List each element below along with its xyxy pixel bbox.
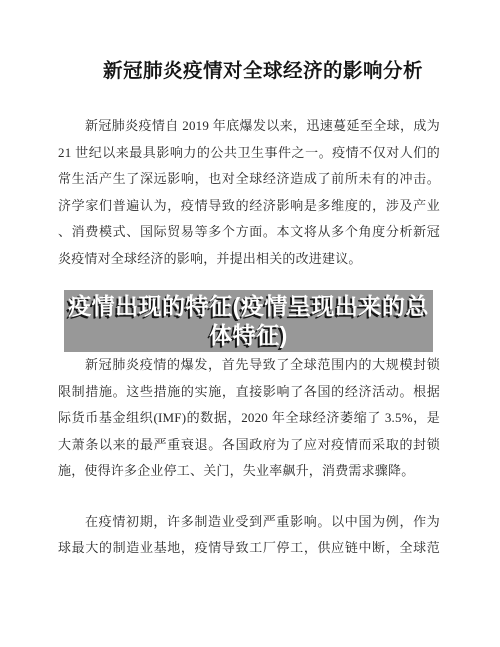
document-title: 新冠肺炎疫情对全球经济的影响分析 (0, 0, 500, 85)
section-heading-overlay: 疫情出现的特征(疫情呈现出来的总体特征) (64, 290, 433, 352)
body-paragraph: 在疫情初期，许多制造业受到严重影响。以中国为例，作为全球最大的制造业基地，疫情导… (58, 509, 440, 562)
text-line: 常生活产生了深远影响，也对全球经济造成了前所未有的冲击。经 (58, 166, 440, 193)
body-paragraph: 新冠肺炎疫情的爆发，首先导致了全球范围内的大规模封锁和限制措施。这些措施的实施，… (58, 352, 440, 485)
text-line: 21 世纪以来最具影响力的公共卫生事件之一。疫情不仅对人们的日 (58, 140, 440, 167)
text-line: 济学家们普遍认为，疫情导致的经济影响是多维度的，涉及产业链 (58, 193, 440, 220)
text-line: 、消费模式、国际贸易等多个方面。本文将从多个角度分析新冠肺 (58, 219, 440, 246)
section-heading-line: 体特征) (64, 321, 433, 350)
text-line: 球最大的制造业基地，疫情导致工厂停工，供应链中断，全球范围 (58, 535, 440, 562)
text-line: 大萧条以来的最严重衰退。各国政府为了应对疫情而采取的封锁措 (58, 432, 440, 459)
text-line: 施，使得许多企业停工、关门，失业率飙升，消费需求骤降。 (58, 458, 440, 485)
section-heading-line: 疫情出现的特征(疫情呈现出来的总 (64, 292, 433, 321)
text-line: 在疫情初期，许多制造业受到严重影响。以中国为例，作为全 (58, 509, 440, 536)
body-paragraph: 新冠肺炎疫情自 2019 年底爆发以来，迅速蔓延至全球，成为21 世纪以来最具影… (58, 113, 440, 272)
text-line: 新冠肺炎疫情自 2019 年底爆发以来，迅速蔓延至全球，成为 (58, 113, 440, 140)
text-line: 际货币基金组织(IMF)的数据，2020 年全球经济萎缩了 3.5%，是自 (58, 405, 440, 432)
document-body: 新冠肺炎疫情自 2019 年底爆发以来，迅速蔓延至全球，成为21 世纪以来最具影… (58, 113, 440, 562)
document-page: 新冠肺炎疫情对全球经济的影响分析 新冠肺炎疫情自 2019 年底爆发以来，迅速蔓… (0, 0, 500, 647)
text-line: 新冠肺炎疫情的爆发，首先导致了全球范围内的大规模封锁和 (58, 352, 440, 379)
text-line: 限制措施。这些措施的实施，直接影响了各国的经济活动。根据国 (58, 379, 440, 406)
text-line: 炎疫情对全球经济的影响，并提出相关的改进建议。 (58, 246, 440, 273)
